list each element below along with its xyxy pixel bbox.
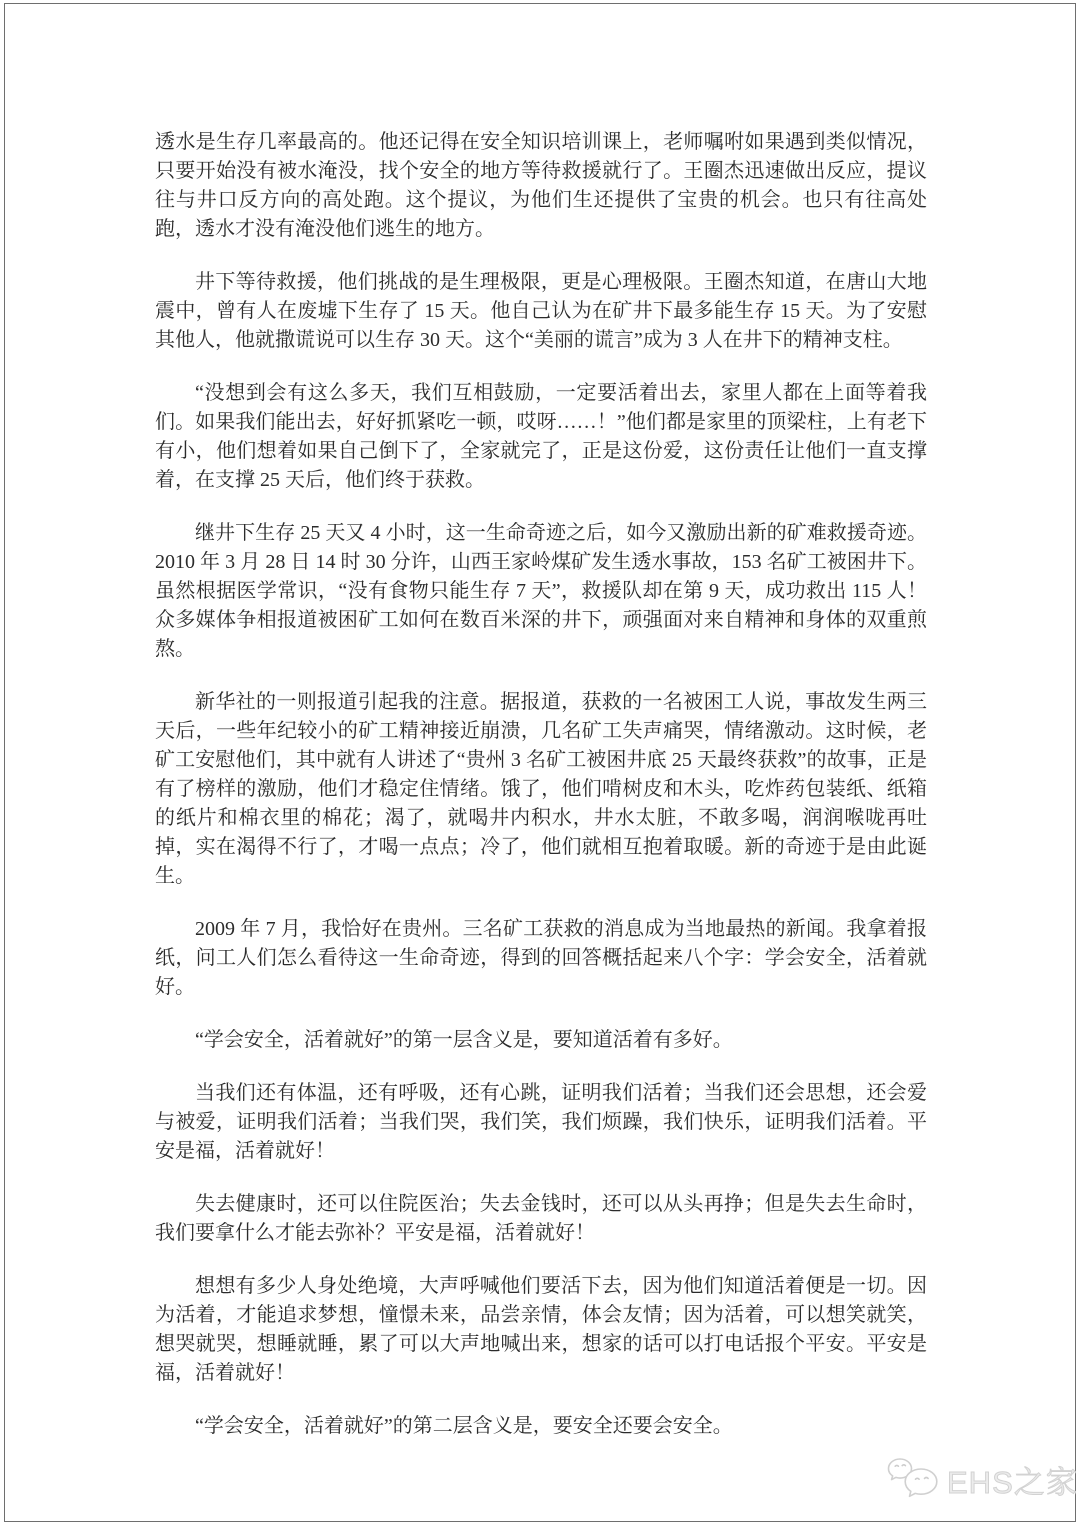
paragraph: 新华社的一则报道引起我的注意。据报道，获救的一名被困工人说，事故发生两三天后，一…: [155, 688, 927, 891]
paragraph: 井下等待救援，他们挑战的是生理极限，更是心理极限。王圈杰知道，在唐山大地震中，曾…: [155, 268, 927, 355]
paragraph: 2009 年 7 月，我恰好在贵州。三名矿工获救的消息成为当地最热的新闻。我拿着…: [155, 915, 927, 1002]
document-body: 透水是生存几率最高的。他还记得在安全知识培训课上，老师嘱咐如果遇到类似情况，只要…: [155, 128, 927, 1465]
paragraph: “没想到会有这么多天，我们互相鼓励，一定要活着出去，家里人都在上面等着我们。如果…: [155, 379, 927, 495]
watermark-label: EHS之家: [947, 1457, 1078, 1502]
document-page: 透水是生存几率最高的。他还记得在安全知识培训课上，老师嘱咐如果遇到类似情况，只要…: [0, 0, 1080, 1527]
paragraph: 失去健康时，还可以住院医治；失去金钱时，还可以从头再挣；但是失去生命时，我们要拿…: [155, 1190, 927, 1248]
paragraph: 当我们还有体温，还有呼吸，还有心跳，证明我们活着；当我们还会思想，还会爱与被爱，…: [155, 1079, 927, 1166]
paragraph: “学会安全，活着就好”的第一层含义是，要知道活着有多好。: [155, 1026, 927, 1055]
watermark: EHS之家: [886, 1456, 1078, 1502]
paragraph: 继井下生存 25 天又 4 小时，这一生命奇迹之后，如今又激励出新的矿难救援奇迹…: [155, 519, 927, 664]
paragraph: 透水是生存几率最高的。他还记得在安全知识培训课上，老师嘱咐如果遇到类似情况，只要…: [155, 128, 927, 244]
paragraph: 想想有多少人身处绝境，大声呼喊他们要活下去，因为他们知道活着便是一切。因为活着，…: [155, 1272, 927, 1388]
paragraph: “学会安全，活着就好”的第二层含义是，要安全还要会安全。: [155, 1412, 927, 1441]
wechat-icon: [886, 1456, 940, 1502]
